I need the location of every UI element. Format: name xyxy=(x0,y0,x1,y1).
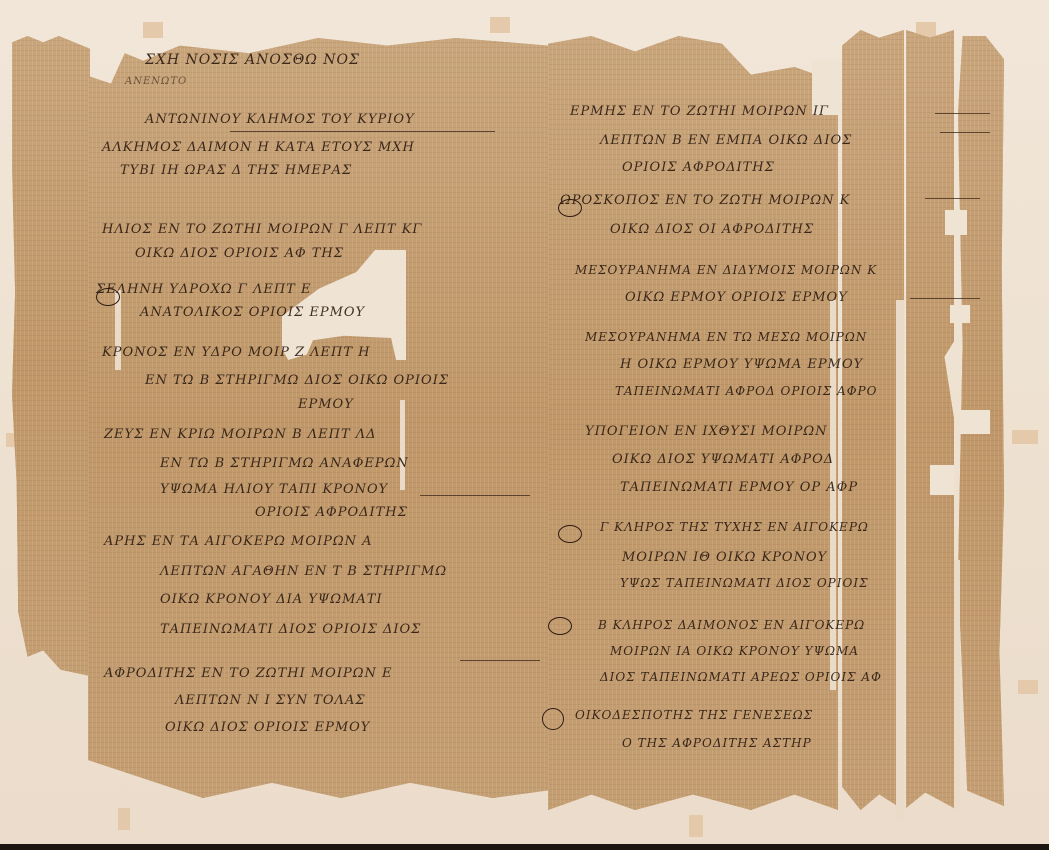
text-line: ΜΕΣΟΥΡΑΝΗΜΑ ΕΝ ΤΩ ΜΕΣΩ ΜΟΙΡΩΝ xyxy=(585,330,867,344)
text-line: ΜΟΙΡΩΝ ΙΑ ΟΙΚΩ ΚΡΟΝΟΥ ΥΨΩΜΑ xyxy=(610,644,859,658)
text-line: ΥΨΩΜΑ ΗΛΙΟΥ ΤΑΠΙ ΚΡΟΝΟΥ xyxy=(160,482,388,497)
text-line: ΟΙΚΩ ΕΡΜΟΥ ΟΡΙΟΙΣ ΕΡΜΟΥ xyxy=(625,290,848,305)
text-line: ΑΝΕΝΩΤΟ xyxy=(125,76,187,87)
papyrus-fragment-left-strip xyxy=(12,36,90,676)
mounting-tab xyxy=(490,17,510,33)
text-line: ΣΧΗ ΝΟΣΙΣ ΑΝΟΣΘΩ ΝΟΣ xyxy=(145,52,360,68)
papyrus-hole xyxy=(945,210,967,235)
ink-underline xyxy=(940,132,990,133)
text-line: Β ΚΛΗΡΟΣ ΔΑΙΜΟΝΟΣ ΕΝ ΑΙΓΟΚΕΡΩ xyxy=(598,618,865,632)
mounting-tab xyxy=(118,808,130,830)
circle-mark-icon xyxy=(558,525,582,543)
text-line: ΑΛΚΗΜΟΣ ΔΑΙΜΟΝ Η ΚΑΤΑ ΕΤΟΥΣ ΜΧΗ xyxy=(102,140,415,155)
mounting-tab xyxy=(1012,430,1038,444)
text-line: ΟΙΚΩ ΔΙΟΣ ΟΡΙΟΙΣ ΑΦ ΤΗΣ xyxy=(135,246,344,261)
papyrus-fragment-right-main xyxy=(548,36,838,810)
text-line: ΥΠΟΓΕΙΟΝ ΕΝ ΙΧΘΥΣΙ ΜΟΙΡΩΝ xyxy=(585,424,827,439)
text-line: ΤΑΠΕΙΝΩΜΑΤΙ ΕΡΜΟΥ ΟΡ ΑΦΡ xyxy=(620,480,858,495)
text-line: ΟΙΚΩ ΔΙΟΣ ΟΙ ΑΦΡΟΔΙΤΗΣ xyxy=(610,222,814,237)
text-line: ΟΙΚΩ ΔΙΟΣ ΥΨΩΜΑΤΙ ΑΦΡΟΔ xyxy=(612,452,834,467)
text-line: ΟΡΙΟΙΣ ΑΦΡΟΔΙΤΗΣ xyxy=(255,505,408,520)
text-line: ΤΑΠΕΙΝΩΜΑΤΙ ΑΦΡΟΔ ΟΡΙΟΙΣ ΑΦΡΟ xyxy=(615,384,877,398)
ink-underline xyxy=(460,660,540,661)
circle-mark-icon xyxy=(548,617,572,635)
bottom-border xyxy=(0,844,1049,850)
text-line: ΑΝΤΩΝΙΝΟΥ ΚΛΗΜΟΣ ΤΟΥ ΚΥΡΙΟΥ xyxy=(145,112,415,127)
text-line: ΩΡΟΣΚΟΠΟΣ ΕΝ ΤΟ ΖΩΤΗ ΜΟΙΡΩΝ Κ xyxy=(560,193,850,208)
ink-underline xyxy=(935,113,990,114)
text-line: ΚΡΟΝΟΣ ΕΝ ΥΔΡΟ ΜΟΙΡ Ζ ΛΕΠΤ Η xyxy=(102,345,370,360)
mounting-tab xyxy=(1018,680,1038,694)
text-line: Ο ΤΗΣ ΑΦΡΟΔΙΤΗΣ ΑΣΤΗΡ xyxy=(622,736,812,750)
text-line: ΣΕΛΗΝΗ ΥΔΡΟΧΩ Γ ΛΕΠΤ Ε xyxy=(96,282,311,297)
ink-underline xyxy=(910,298,980,299)
text-line: ΟΙΚΟΔΕΣΠΟΤΗΣ ΤΗΣ ΓΕΝΕΣΕΩΣ xyxy=(575,708,813,722)
text-line: ΥΨΩΣ ΤΑΠΕΙΝΩΜΑΤΙ ΔΙΟΣ ΟΡΙΟΙΣ xyxy=(620,576,869,590)
text-line: ΕΡΜΗΣ ΕΝ ΤΟ ΖΩΤΗΙ ΜΟΙΡΩΝ ΙΓ xyxy=(570,104,829,119)
papyrus-crack xyxy=(954,560,960,810)
text-line: ΟΡΙΟΙΣ ΑΦΡΟΔΙΤΗΣ xyxy=(622,160,775,175)
text-line: ΟΙΚΩ ΚΡΟΝΟΥ ΔΙΑ ΥΨΩΜΑΤΙ xyxy=(160,592,383,607)
ink-underline xyxy=(230,131,495,132)
text-line: ΔΙΟΣ ΤΑΠΕΙΝΩΜΑΤΙ ΑΡΕΩΣ ΟΡΙΟΙΣ ΑΦ xyxy=(600,670,882,684)
circle-mark-icon xyxy=(96,288,120,306)
text-line: ΕΝ ΤΩ Β ΣΤΗΡΙΓΜΩ ΑΝΑΦΕΡΩΝ xyxy=(160,456,409,471)
text-line: ΤΑΠΕΙΝΩΜΑΤΙ ΔΙΟΣ ΟΡΙΟΙΣ ΔΙΟΣ xyxy=(160,622,421,637)
circle-mark-icon xyxy=(542,708,564,730)
text-line: ΑΦΡΟΔΙΤΗΣ ΕΝ ΤΟ ΖΩΤΗΙ ΜΟΙΡΩΝ Ε xyxy=(104,666,392,681)
papyrus-hole xyxy=(950,305,970,323)
ink-underline xyxy=(420,495,530,496)
text-line: ΜΕΣΟΥΡΑΝΗΜΑ ΕΝ ΔΙΔΥΜΟΙΣ ΜΟΙΡΩΝ Κ xyxy=(575,263,877,277)
papyrus-crack xyxy=(400,400,405,490)
mounting-tab xyxy=(689,815,703,837)
text-line: Γ ΚΛΗΡΟΣ ΤΗΣ ΤΥΧΗΣ ΕΝ ΑΙΓΟΚΕΡΩ xyxy=(600,520,869,534)
text-line: Η ΟΙΚΩ ΕΡΜΟΥ ΥΨΩΜΑ ΕΡΜΟΥ xyxy=(620,357,863,372)
text-line: ΤΥΒΙ ΙΗ ΩΡΑΣ Δ ΤΗΣ ΗΜΕΡΑΣ xyxy=(120,163,352,178)
papyrus-crack xyxy=(896,300,904,820)
ink-underline xyxy=(925,198,980,199)
text-line: ΛΕΠΤΩΝ Ν Ι ΣΥΝ ΤΟΛΑΣ xyxy=(175,693,366,708)
text-line: ΗΛΙΟΣ ΕΝ ΤΟ ΖΩΤΗΙ ΜΟΙΡΩΝ Γ ΛΕΠΤ ΚΓ xyxy=(102,222,422,237)
text-line: ΟΙΚΩ ΔΙΟΣ ΟΡΙΟΙΣ ΕΡΜΟΥ xyxy=(165,720,370,735)
circle-mark-icon xyxy=(558,199,582,217)
text-line: ΛΕΠΤΩΝ ΑΓΑΘΗΝ ΕΝ Τ Β ΣΤΗΡΙΓΜΩ xyxy=(160,564,447,579)
text-line: ΜΟΙΡΩΝ ΙΘ ΟΙΚΩ ΚΡΟΝΟΥ xyxy=(622,550,827,565)
text-line: ΑΡΗΣ ΕΝ ΤΑ ΑΙΓΟΚΕΡΩ ΜΟΙΡΩΝ Α xyxy=(104,534,373,549)
text-line: ΖΕΥΣ ΕΝ ΚΡΙΩ ΜΟΙΡΩΝ Β ΛΕΠΤ ΛΔ xyxy=(104,427,377,442)
papyrus-fragment-right-strip-2 xyxy=(906,30,954,808)
text-line: ΑΝΑΤΟΛΙΚΟΣ ΟΡΙΟΙΣ ΕΡΜΟΥ xyxy=(140,305,365,320)
text-line: ΕΝ ΤΩ Β ΣΤΗΡΙΓΜΩ ΔΙΟΣ ΟΙΚΩ ΟΡΙΟΙΣ xyxy=(145,373,449,388)
mounting-tab xyxy=(143,22,163,38)
text-line: ΛΕΠΤΩΝ Β ΕΝ ΕΜΠΑ ΟΙΚΩ ΔΙΟΣ xyxy=(600,133,852,148)
papyrus-hole xyxy=(930,465,954,495)
text-line: ΕΡΜΟΥ xyxy=(298,397,354,412)
papyrus-hole xyxy=(960,410,990,434)
